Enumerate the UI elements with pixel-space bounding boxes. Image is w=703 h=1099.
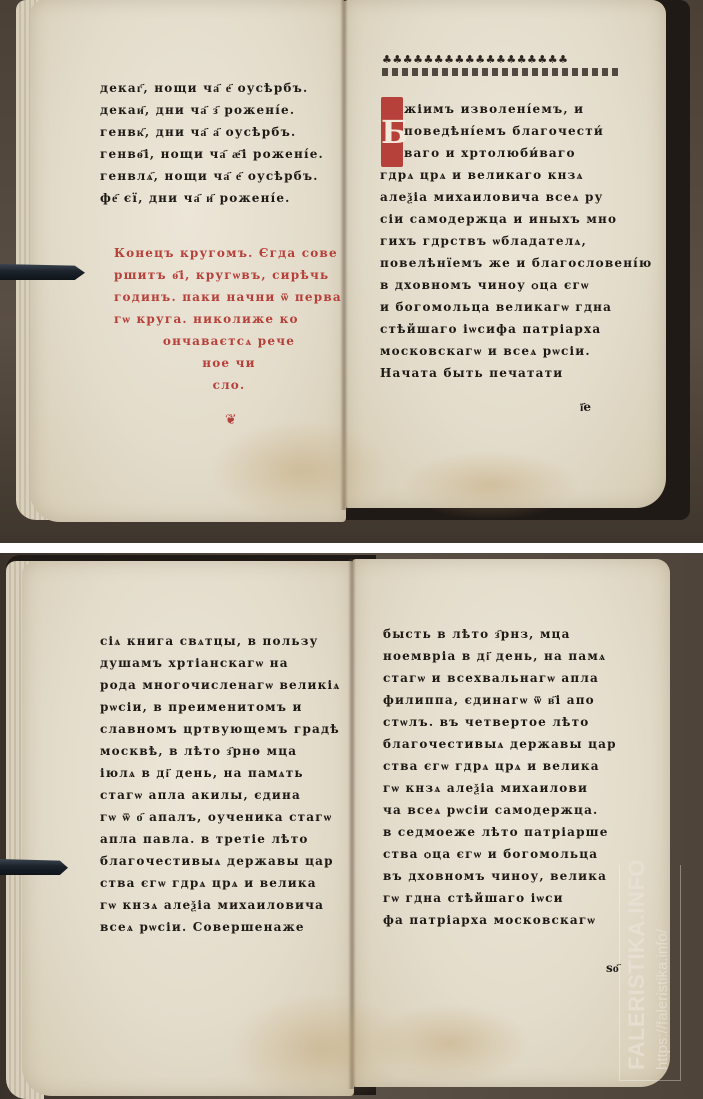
text-line: славномъ цртвующемъ градѣ	[100, 718, 340, 740]
text-line: в дховномъ чиноу ѻца єгѡ	[380, 274, 652, 296]
paper-stain	[400, 450, 580, 520]
paper-stain	[210, 420, 390, 520]
rubric-paragraph: Конецъ кругомъ. Єгда сове ршитъ ѳ҃і, кру…	[114, 242, 344, 396]
paper-stain	[370, 1003, 530, 1083]
watermark-url: https://faleristika.info/	[654, 929, 671, 1070]
text-line: ства єгѡ гдрѧ црѧ и велика	[100, 872, 340, 894]
text-line: гѡ круга. николиже ко	[114, 308, 344, 330]
text-line: декаг҃, нощи ча҃ е҃ оусѣрбъ.	[100, 77, 324, 99]
colophon-text-left: сіѧ книга свѧтцы, в пользу душамъ хртіан…	[100, 630, 340, 938]
text-line: ча всеѧ рѡсіи самодержца.	[383, 799, 617, 821]
pen-pointer	[0, 859, 68, 875]
text-line: всеѧ рѡсіи. Совершенаже	[100, 916, 340, 938]
text-line: генвѳ҃і, нощи ча҃ ӕ҃і рожені́е.	[100, 143, 324, 165]
text-line: рѡсіи, в преименитомъ и	[100, 696, 340, 718]
text-line: ноемвріа в ді҃ день, на памѧ	[383, 645, 617, 667]
text-line: москвѣ, в лѣто з҃рнѳ мца	[100, 740, 340, 762]
flourish-ornament: ❦	[225, 412, 237, 428]
text-line: стагѡ и всехвальнагѡ апла	[383, 667, 617, 689]
colophon-text: жіимъ изволені́емъ, и поведѣні́емъ благо…	[380, 98, 652, 384]
text-line: бысть в лѣто з҃рнз, мца	[383, 623, 617, 645]
text-line: апла павла. в третіе лѣто	[100, 828, 340, 850]
text-line: Конецъ кругомъ. Єгда сове	[114, 242, 344, 264]
text-line: повелѣнїемъ же и благословені́ю	[380, 252, 652, 274]
text-line: алеѯіа михаиловича всеѧ ру	[380, 186, 652, 208]
top-photo: декаг҃, нощи ча҃ е҃ оусѣрбъ. декаи҃, дни…	[0, 0, 703, 543]
headpiece-ornament: ♣♣♣♣♣♣♣♣♣♣♣♣♣♣♣♣♣♣	[382, 54, 618, 76]
ornament-band	[382, 68, 618, 76]
watermark-brand: FALERISTIKA.INFO	[624, 859, 650, 1070]
colophon-text-right: бысть в лѣто з҃рнз, мца ноемвріа в ді҃ д…	[383, 623, 617, 931]
text-line: сіи самодержца и иныхъ мно	[380, 208, 652, 230]
text-line: стѣйшаго іѡсифа патріарха	[380, 318, 652, 340]
text-line: фе҃ єї, дни ча҃ и҃ рожені́е.	[100, 187, 324, 209]
text-line: душамъ хртіанскагѡ на	[100, 652, 340, 674]
ornament-row: ♣♣♣♣♣♣♣♣♣♣♣♣♣♣♣♣♣♣	[382, 54, 618, 65]
text-line: гихъ гдрствъ ѡбладателѧ,	[380, 230, 652, 252]
pen-pointer	[0, 264, 85, 280]
text-line: ства єгѡ гдрѧ црѧ и велика	[383, 755, 617, 777]
text-line: гѡ гдна стѣйшаго іѡси	[383, 887, 617, 909]
text-line: ное чи	[114, 352, 344, 374]
bottom-photo: сіѧ книга свѧтцы, в пользу душамъ хртіан…	[0, 553, 703, 1099]
calendar-table: декаг҃, нощи ча҃ е҃ оусѣрбъ. декаи҃, дни…	[100, 77, 324, 209]
text-line: московскагѡ и всеѧ рѡсіи.	[380, 340, 652, 362]
text-line: благочестивыѧ державы цар	[100, 850, 340, 872]
text-line: декаи҃, дни ча҃ з҃ рожені́е.	[100, 99, 324, 121]
text-line: въ дховномъ чиноу, велика	[383, 865, 617, 887]
text-line: гѡ кнзѧ алеѯіа михаилови	[383, 777, 617, 799]
text-line: благочестивыѧ державы цар	[383, 733, 617, 755]
text-line: сіѧ книга свѧтцы, в пользу	[100, 630, 340, 652]
folio-number: ѕо҃	[606, 961, 619, 976]
text-line: генвлѧ҃, нощи ча҃ е҃ оусѣрбъ.	[100, 165, 324, 187]
text-line: Начата быть печатати	[380, 362, 652, 384]
text-line: филиппа, єдинагѡ ѿ в҃і апо	[383, 689, 617, 711]
text-line: генвк҃, дни ча҃ а҃ оусѣрбъ.	[100, 121, 324, 143]
text-line: гдрѧ црѧ и великаго кнзѧ	[380, 164, 652, 186]
folio-number: ї҃е	[580, 400, 591, 415]
text-line: гѡ кнзѧ алеѯіа михаиловича	[100, 894, 340, 916]
text-line: іюлѧ в ді҃ день, на памѧть	[100, 762, 340, 784]
text-line: рода многочисленагѡ великіѧ	[100, 674, 340, 696]
text-line: жіимъ изволені́емъ, и	[380, 98, 652, 120]
text-line: гѡ ѿ о҃ апалъ, оученика стагѡ	[100, 806, 340, 828]
text-line: поведѣні́емъ благочести́	[380, 120, 652, 142]
watermark: FALERISTIKA.INFO https://faleristika.inf…	[619, 865, 681, 1081]
text-line: и богомольца великагѡ гдна	[380, 296, 652, 318]
text-line: ваго и хртолюби́ваго	[380, 142, 652, 164]
text-line: фа патріарха московскагѡ	[383, 909, 617, 931]
text-line: годинъ. паки начни ѿ перва	[114, 286, 344, 308]
text-line: ства ѻца єгѡ и богомольца	[383, 843, 617, 865]
text-line: в седмоеже лѣто патріарше	[383, 821, 617, 843]
text-line: стѡлъ. въ четвертое лѣто	[383, 711, 617, 733]
text-line: ончаваєтсѧ рече	[114, 330, 344, 352]
text-line: сло.	[114, 374, 344, 396]
text-line: ршитъ ѳ҃і, кругѡвъ, сирѣчь	[114, 264, 344, 286]
text-line: стагѡ апла акилы, єдина	[100, 784, 340, 806]
